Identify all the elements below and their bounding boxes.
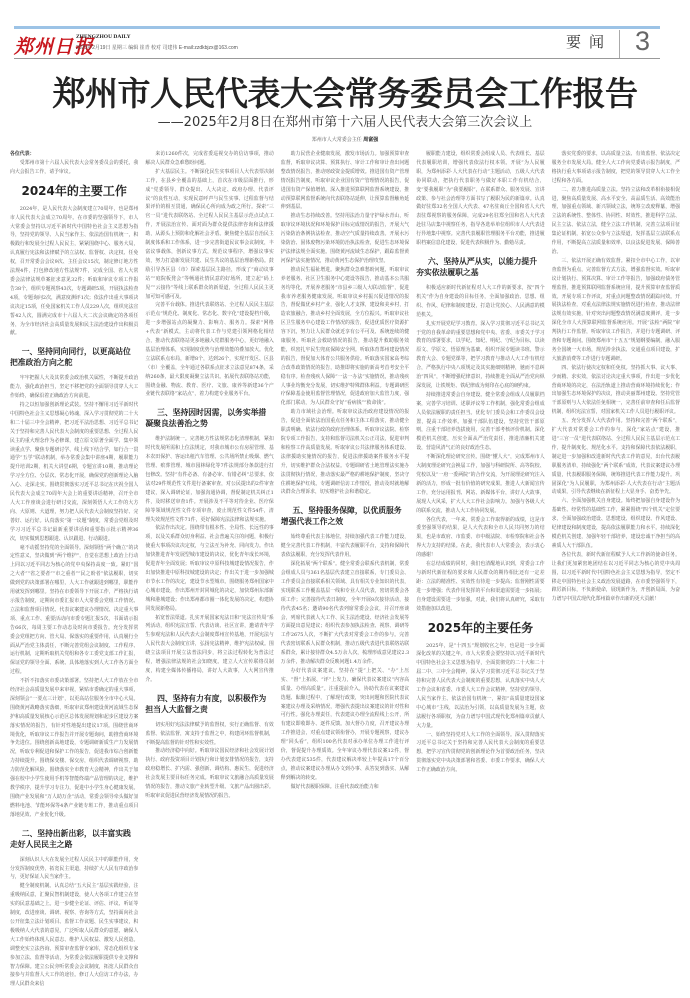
paragraph: 毫不动摇坚持党的全面领导。深刻领悟“两个确立”的决定性意义，坚决做到“两个维护”… (10, 544, 138, 678)
subsection-heading: 六、坚持从严从实，以能力提升夯实依法履职之基 (416, 256, 544, 278)
paragraph: 受郑州市第十六届人民代表大会常务委员会的委托，我向大会报告工作，请予审议。 (10, 159, 138, 177)
paragraph: 助力民营企业健康发展，激发市场活力。加强预算审查监督，听取审议决算、预算执行、审… (281, 150, 409, 212)
paragraph: 维护法制统一。完善地方性法规常态化清理机制，紧扣时代发展所需和上位法规定，对我市… (145, 435, 273, 524)
subsection-heading: 一、坚持同向同行，以更高站位把准政治方向之舵 (10, 346, 138, 368)
article-column-3: 助力民营企业健康发展，激发市场活力。加强预算审查监督，听取审议决算、预算执行、审… (281, 150, 409, 990)
salutation: 各位代表： (10, 150, 138, 159)
paragraph: 一、始终坚持党对人大工作的全面领导。深入贯彻落实习近平总书记关于坚持和完善人民代… (416, 731, 544, 776)
section-heading: 2024年的主要工作 (10, 181, 138, 201)
byline-name: 周富强 (363, 137, 378, 143)
paragraph: 依法作出决定。围绕带有根本性、全局性、长远性的事项，以及关系群众切身利益、社会普… (145, 524, 273, 613)
paragraph: 各位代表，新时代新征程赋予人大工作新的使命任务。让我们更加紧密地团结在以习近平同… (552, 551, 680, 604)
paragraph: 四、依法行使决定权和任免权。坚持抓大事、议大事、少而精、求实效，依法讨论决定重大… (552, 364, 680, 417)
paragraph: 履职能力建设，组织常委会组成人员、代表组长、基层代表履职培训，增强代表依法行权本… (416, 150, 544, 248)
paragraph: 三、依法开展正确有效监督。紧扣全市中心工作，以审查监督为重点，完善监督方式方法，… (552, 257, 680, 364)
article-column-4: 履职能力建设，组织常委会组成人员、代表组长、基层代表履职培训，增强代表依法行权本… (416, 150, 544, 990)
paragraph: 完善平台载体。推进代表联络站、全过程人民民主基层示范点“规范化、制度化、常态化、… (145, 301, 273, 399)
paragraph: 助力市域社会治理。听取审议法治政府建设情况的报告，促进全面依法治国重点任务和主体… (281, 408, 409, 497)
paragraph: 落实党委的要求，以高质量立法、有效监督、依法决定服务全市发展大局。健全人大工作向… (552, 150, 680, 186)
article-body: 各位代表：受郑州市第十六届人民代表大会常务委员会的委托，我向大会报告工作，请予审… (10, 150, 680, 990)
paragraph: 不折不扣落实市委决策部署。坚持把人大工作放在全市经济社会高质量发展中来审视，紧贴… (10, 677, 138, 820)
paragraph: 不断深化理论研究宣传。围绕“懂人大”，完成郑州市人大制度理论研究会换届工作，加强… (416, 453, 544, 515)
paragraph: 持续推进常委会自身建设。健全常委会组成人员履职档案，完善学习培训、述职评议等工作… (416, 391, 544, 453)
page-number-divider (619, 30, 620, 58)
paragraph: 推动生态持续改善。坚持用法治力量守护绿水青山，听取审议环境状况和环境保护目标完成… (281, 212, 409, 265)
issue-meta: 2025年2月19日 星期三 编辑 崔青 校对 司建伟 E-mail:zzdkb… (76, 44, 238, 51)
paragraph: 2024年，是人民代表大会制度建立70周年，也是郑州市人民代表大会成立70周年。… (10, 205, 138, 339)
newspaper-english-name: ZHENGZHOU DAILY (76, 34, 131, 40)
paragraph: 推动民生福祉增进。聚焦群众急难愁盼问题，听取审议养老服务、社区卫生服务中心建设等… (281, 266, 409, 409)
paragraph: 深刻认识人大在发展全过程人民民主中的职能作用，充分发挥制度优势，拓宽民主渠道，持… (10, 856, 138, 883)
article-headline: 郑州市人民代表大会常务委员会工作报告 (0, 68, 690, 115)
article-subheadline: ——2025年2月8日在郑州市第十六届人民代表大会第三次会议上 (0, 111, 690, 130)
paragraph: 2025年，是“十四五”规划收官之年，也是进一步全面深化改革的关键之年。市人大常… (416, 642, 544, 731)
paragraph: 切实用好宪法法律赋予的监督权，实行正确监督、有效监督、依法监督，寓支持于监督之中… (145, 721, 273, 748)
paragraph: 推动经济稳中向好。听取审议国民经济和社会发展计划执行、政府投资项目计划执行和计划… (145, 747, 273, 800)
paragraph: 二、着力推进高质量立法。坚持立法和改革相衔接相促进，聚焦高质量发展、高水平安全、… (552, 186, 680, 257)
paragraph: 扩大基层民主。不断深化民生实事项目人大代表票决制工作，在县乡全覆盖的基础上，首次… (145, 168, 273, 302)
paragraph: 扎实开展党纪学习教育。深入学习贯彻习近平总书记关于党的自我革命的重要思想和党中央… (416, 320, 544, 391)
subsection-heading: 五、坚持服务保障，以优质服务增强代表工作之效 (281, 505, 409, 527)
byline-role: 郑州市人大常委会主任 (312, 137, 362, 143)
paragraph: 积极适应新时代新征程对人大工作的新要求，按“四个机关”作为自身建设的目标任务，全… (416, 284, 544, 320)
masthead: 郑州日报 ZHENGZHOU DAILY 2025年2月19日 星期三 编辑 崔… (14, 29, 660, 59)
article-byline: 郑州市人大常委会主任 周富强 (0, 136, 690, 143)
paragraph: 五、充分发挥人大代表作用。坚持和完善“两个联系”，扩大代表对常委会工作的参与，深… (552, 417, 680, 497)
paragraph: 来访1260件次，完成省委巡视交办的信访事项，推动解决人民群众急难愁盼问题。 (145, 150, 273, 168)
paragraph: 在总结成绩的同时，我们也清醒地认识到，常委会工作与新时代新征程的要求和人民群众的… (416, 560, 544, 613)
paragraph: 健全制度机制。认真总结“五大民主”基层实践经验，注重吸纳民意，汇聚民智机制建设，… (10, 882, 138, 989)
subsection-heading: 三、坚持因时因需，以务实举措凝聚良法善治之势 (145, 407, 273, 429)
paragraph: 办好代表议案建议。坚持在“提”上把关、“办”上压实、“督”上拓展、“评”上发力，… (281, 667, 409, 783)
paragraph: 做好代表履职保障。注重代表政治能力和 (281, 783, 409, 792)
paragraph: 始终尊重代表主体地位，持续加强代表工作能力建设，健全完善代表工作机制，丰富代表履… (281, 533, 409, 560)
paragraph: 拓宽普法渠道。扎实开展国家宪法日和“宪法宣传周”系列活动，组织宪法宣誓、代表访谈… (145, 614, 273, 685)
subsection-heading: 二、坚持出新出彩，以丰富实践走好人民民主之路 (10, 828, 138, 850)
article-column-5: 落实党委的要求，以高质量立法、有效监督、依法决定服务全市发展大局。健全人大工作向… (552, 150, 680, 990)
article-column-2: 来访1260件次，完成省委巡视交办的信访事项，推动解决人民群众急难愁盼问题。扩大… (145, 150, 273, 990)
section-name: 要闻 (566, 31, 612, 52)
paragraph: 各位代表，一年来，常委会工作取得新的成绩，这是市委坚强领导的结果，是人大代表和全… (416, 516, 544, 561)
paragraph: 牢牢把握人大及其常委会政治机关属性，不断提升政治能力，强化政治担当，坚定不移把党… (10, 374, 138, 401)
page-number: 3 (635, 26, 650, 57)
section-heading: 2025年的主要任务 (416, 618, 544, 638)
subsection-heading: 四、坚持有力有度，以积极作为担当人大监督之责 (145, 693, 273, 715)
article-column-1: 各位代表：受郑州市第十六届人民代表大会常务委员会的委托，我向大会报告工作，请予审… (10, 150, 138, 990)
paragraph: 持之以恒加强创新理论武装。坚持不懈用习近平新时代中国特色社会主义思想凝心铸魂，深… (10, 401, 138, 544)
paragraph: 深化拓展“两个联系”。健全常委会联系代表机制，常委会组成人员与361名基层代表建… (281, 560, 409, 667)
paragraph: 六、全面加强机关自身建设。始终把加强自身建设作为基础性、经常性的基础性工作，紧紧… (552, 497, 680, 550)
